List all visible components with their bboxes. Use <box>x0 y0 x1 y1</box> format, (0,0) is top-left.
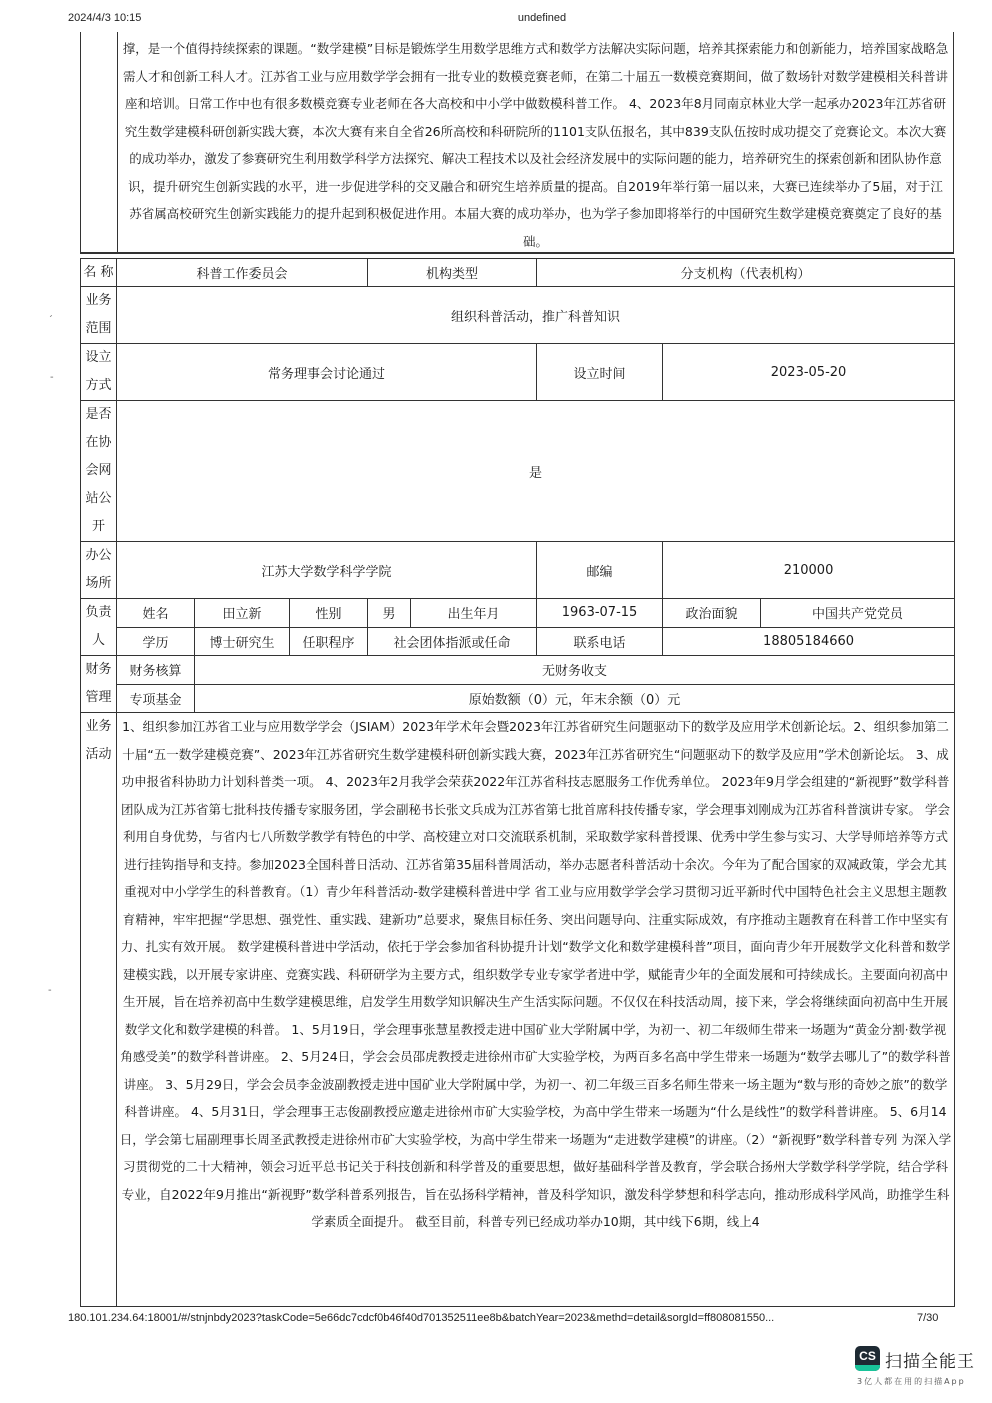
org-type-label: 机构类型 <box>368 259 537 287</box>
row-office: 办公场所 江苏大学数学科学学院 邮编 210000 <box>81 542 955 599</box>
row-scope: 业务范围 组织科普活动，推广科普知识 <box>81 287 955 344</box>
row-public: 是否在协会网站公开 是 <box>81 401 955 542</box>
row-setup: 设立方式 常务理事会讨论通过 设立时间 2023-05-20 <box>81 344 955 401</box>
row-leader-2: 学历 博士研究生 任职程序 社会团体指派或任命 联系电话 18805184660 <box>81 627 955 656</box>
camscanner-logo-icon: CS <box>855 1346 880 1371</box>
phone-label: 联系电话 <box>537 627 663 656</box>
org-type-value: 分支机构（代表机构） <box>537 259 955 287</box>
leader-label: 负责人 <box>81 599 117 656</box>
appointment-value: 社会团体指派或任命 <box>368 627 537 656</box>
gender-value: 男 <box>368 599 411 628</box>
name-label: 名 称 <box>81 259 117 287</box>
political-value: 中国共产党党员 <box>761 599 955 628</box>
public-label: 是否在协会网站公开 <box>81 401 117 542</box>
birth-value: 1963-07-15 <box>537 599 663 628</box>
appointment-label: 任职程序 <box>290 627 368 656</box>
fund-value: 原始数额（0）元，年末余额（0）元 <box>195 684 955 713</box>
scan-mark: - <box>50 372 54 383</box>
birth-label: 出生年月 <box>411 599 537 628</box>
postcode-value: 210000 <box>663 542 955 599</box>
education-value: 博士研究生 <box>195 627 290 656</box>
accounting-label: 财务核算 <box>117 656 195 685</box>
education-label: 学历 <box>117 627 195 656</box>
scan-mark: - <box>48 985 52 996</box>
public-value: 是 <box>117 401 955 542</box>
scope-label: 业务范围 <box>81 287 117 344</box>
activities-value: 1、组织参加江苏省工业与应用数学学会（JSIAM）2023年学术年会暨2023年… <box>117 713 955 1307</box>
page-number: 7/30 <box>917 1312 938 1324</box>
setup-method-label: 设立方式 <box>81 344 117 401</box>
row-leader-1: 负责人 姓名 田立新 性别 男 出生年月 1963-07-15 政治面貌 中国共… <box>81 599 955 628</box>
leader-name-value: 田立新 <box>195 599 290 628</box>
gender-label: 性别 <box>290 599 368 628</box>
office-label: 办公场所 <box>81 542 117 599</box>
activities-label: 业务活动 <box>81 713 117 1307</box>
watermark-tagline: 3亿人都在用的扫描App <box>857 1376 966 1387</box>
activities-text: 1、组织参加江苏省工业与应用数学学会（JSIAM）2023年学术年会暨2023年… <box>119 713 952 1236</box>
setup-method-value: 常务理事会讨论通过 <box>117 344 537 401</box>
scan-mark: ˊ <box>48 315 53 326</box>
leader-name-label: 姓名 <box>117 599 195 628</box>
setup-time-value: 2023-05-20 <box>663 344 955 401</box>
accounting-value: 无财务收支 <box>195 656 955 685</box>
office-value: 江苏大学数学科学学院 <box>117 542 537 599</box>
setup-time-label: 设立时间 <box>537 344 663 401</box>
row-activities: 业务活动 1、组织参加江苏省工业与应用数学学会（JSIAM）2023年学术年会暨… <box>81 713 955 1307</box>
fund-label: 专项基金 <box>117 684 195 713</box>
scope-value: 组织科普活动，推广科普知识 <box>117 287 955 344</box>
name-value: 科普工作委员会 <box>117 259 368 287</box>
previous-activities-continuation: 撑，是一个值得持续探索的课题。“数学建模”目标是锻炼学生用数学思维方式和数学方法… <box>80 32 954 254</box>
row-finance-1: 财务管理 财务核算 无财务收支 <box>81 656 955 685</box>
print-title: undefined <box>0 12 992 24</box>
watermark-app-name: 扫描全能王 <box>885 1347 975 1372</box>
row-finance-2: 专项基金 原始数额（0）元，年末余额（0）元 <box>81 684 955 713</box>
phone-value: 18805184660 <box>663 627 955 656</box>
branch-info-form: 名 称 科普工作委员会 机构类型 分支机构（代表机构） 业务范围 组织科普活动，… <box>80 258 955 1307</box>
continuation-text: 撑，是一个值得持续探索的课题。“数学建模”目标是锻炼学生用数学思维方式和数学方法… <box>118 32 953 255</box>
print-url: 180.101.234.64:18001/#/stnjnbdy2023?task… <box>68 1312 774 1324</box>
row-name: 名 称 科普工作委员会 机构类型 分支机构（代表机构） <box>81 259 955 287</box>
finance-label: 财务管理 <box>81 656 117 713</box>
political-label: 政治面貌 <box>663 599 761 628</box>
postcode-label: 邮编 <box>537 542 663 599</box>
